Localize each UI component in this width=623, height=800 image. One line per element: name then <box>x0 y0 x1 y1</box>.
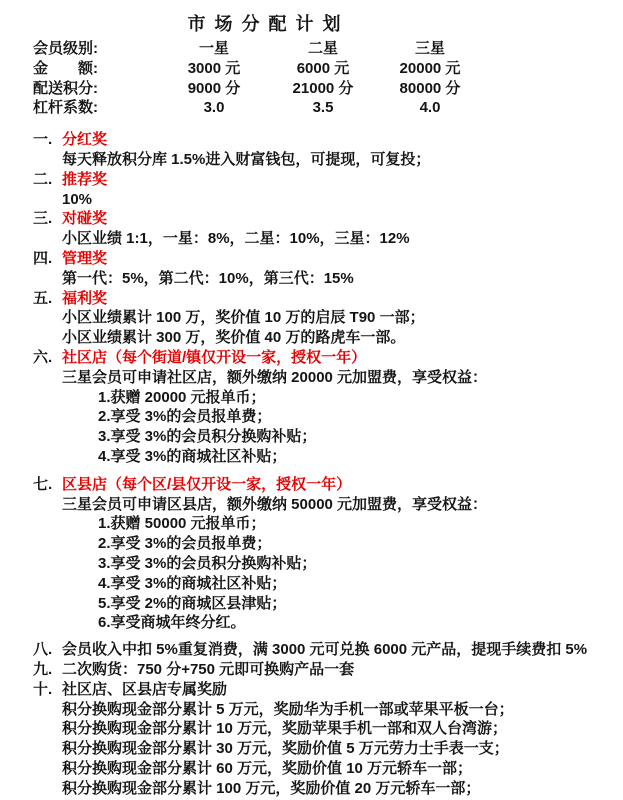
table-row: 配送积分: 9000 分 21000 分 80000 分 <box>33 79 497 99</box>
section-second-purchase: 九. 二次购货：750 分+750 元即可换购产品一套 <box>33 660 497 680</box>
section-line: 小区业绩 1:1，一星：8%，二星：10%，三星：12% <box>62 229 497 249</box>
section-line: 积分换购现金部分累计 100 万元，奖励价值 20 万元轿车一部； <box>62 779 497 799</box>
page-title: 市 场 分 配 计 划 <box>33 0 497 37</box>
document-content: 市 场 分 配 计 划 会员级别: 一星 二星 三星 金 额: 3000 元 6… <box>33 0 497 798</box>
section-subitem: 4.享受 3%的商城社区补贴； <box>98 574 497 594</box>
section-matching: 三. 对碰奖 小区业绩 1:1，一星：8%，二星：10%，三星：12% <box>33 209 497 249</box>
section-heading: 区县店（每个区/县仅开设一家，授权一年） <box>62 475 497 495</box>
section-number: 九. <box>33 660 62 680</box>
section-repeat-consumption: 八. 会员收入中扣 5%重复消费，满 3000 元可兑换 6000 元产品，提现… <box>33 640 497 660</box>
section-community-store: 六. 社区店（每个街道/镇仅开设一家，授权一年） 三星会员可申请社区店，额外缴纳… <box>33 348 497 467</box>
section-line: 二次购货：750 分+750 元即可换购产品一套 <box>62 660 497 680</box>
section-number: 三. <box>33 209 62 249</box>
section-line: 第一代：5%，第二代：10%，第三代：15% <box>62 269 497 289</box>
section-heading: 对碰奖 <box>62 209 497 229</box>
table-cell: 一星 <box>145 39 283 59</box>
section-subitem: 5.享受 2%的商城区县津贴； <box>98 594 497 614</box>
section-line: 小区业绩累计 100 万，奖价值 10 万的启辰 T90 一部； <box>62 308 497 328</box>
table-cell: 20000 元 <box>363 59 497 79</box>
section-subitem: 3.享受 3%的会员积分换购补贴； <box>98 554 497 574</box>
section-referral: 二. 推荐奖 10% <box>33 170 497 210</box>
row-label: 配送积分: <box>33 79 145 99</box>
table-cell: 3000 元 <box>145 59 283 79</box>
section-line: 积分换购现金部分累计 5 万元，奖励华为手机一部或苹果平板一台； <box>62 700 497 720</box>
table-cell: 4.0 <box>363 98 497 118</box>
table-row: 金 额: 3000 元 6000 元 20000 元 <box>33 59 497 79</box>
section-subitem: 2.享受 3%的会员报单费； <box>98 534 497 554</box>
section-line: 三星会员可申请区县店，额外缴纳 50000 元加盟费，享受权益： <box>62 495 497 515</box>
table-cell: 6000 元 <box>283 59 363 79</box>
row-label: 杠杆系数: <box>33 98 145 118</box>
section-number: 十. <box>33 680 62 799</box>
section-heading: 管理奖 <box>62 249 497 269</box>
section-line: 积分换购现金部分累计 10 万元，奖励苹果手机一部和双人台湾游； <box>62 719 497 739</box>
section-line: 社区店、区县店专属奖励 <box>62 680 497 700</box>
section-subitem: 3.享受 3%的会员积分换购补贴； <box>98 427 497 447</box>
section-subitem: 2.享受 3%的会员报单费； <box>98 407 497 427</box>
section-number: 六. <box>33 348 62 467</box>
section-subitem: 1.获赠 50000 元报单币； <box>98 514 497 534</box>
table-cell: 21000 分 <box>283 79 363 99</box>
section-list: 一. 分红奖 每天释放积分库 1.5%进入财富钱包，可提现，可复投； 二. 推荐… <box>33 130 497 798</box>
membership-table: 会员级别: 一星 二星 三星 金 额: 3000 元 6000 元 20000 … <box>33 39 497 118</box>
section-heading: 社区店（每个街道/镇仅开设一家，授权一年） <box>62 348 497 368</box>
section-line: 积分换购现金部分累计 30 万元，奖励价值 5 万元劳力士手表一支； <box>62 739 497 759</box>
document-page: 市 场 分 配 计 划 会员级别: 一星 二星 三星 金 额: 3000 元 6… <box>0 0 623 800</box>
row-label: 会员级别: <box>33 39 145 59</box>
section-number: 二. <box>33 170 62 210</box>
table-row: 杠杆系数: 3.0 3.5 4.0 <box>33 98 497 118</box>
section-subitem: 4.享受 3%的商城社区补贴； <box>98 447 497 467</box>
table-cell: 3.0 <box>145 98 283 118</box>
section-county-store: 七. 区县店（每个区/县仅开设一家，授权一年） 三星会员可申请区县店，额外缴纳 … <box>33 475 497 633</box>
section-number: 一. <box>33 130 62 170</box>
section-number: 四. <box>33 249 62 289</box>
section-line: 每天释放积分库 1.5%进入财富钱包，可提现，可复投； <box>62 150 497 170</box>
section-line: 小区业绩累计 300 万，奖价值 40 万的路虎车一部。 <box>62 328 497 348</box>
section-subitem: 1.获赠 20000 元报单币； <box>98 388 497 408</box>
section-line: 10% <box>62 190 497 210</box>
section-welfare: 五. 福利奖 小区业绩累计 100 万，奖价值 10 万的启辰 T90 一部； … <box>33 289 497 348</box>
table-cell: 80000 分 <box>363 79 497 99</box>
section-heading: 分红奖 <box>62 130 497 150</box>
table-row: 会员级别: 一星 二星 三星 <box>33 39 497 59</box>
section-store-rewards: 十. 社区店、区县店专属奖励 积分换购现金部分累计 5 万元，奖励华为手机一部或… <box>33 680 497 799</box>
section-dividend: 一. 分红奖 每天释放积分库 1.5%进入财富钱包，可提现，可复投； <box>33 130 497 170</box>
section-number: 五. <box>33 289 62 348</box>
table-cell: 9000 分 <box>145 79 283 99</box>
section-heading: 推荐奖 <box>62 170 497 190</box>
section-management: 四. 管理奖 第一代：5%，第二代：10%，第三代：15% <box>33 249 497 289</box>
section-number: 八. <box>33 640 62 660</box>
table-cell: 二星 <box>283 39 363 59</box>
section-line: 会员收入中扣 5%重复消费，满 3000 元可兑换 6000 元产品，提现手续费… <box>62 640 497 660</box>
section-line: 三星会员可申请社区店，额外缴纳 20000 元加盟费，享受权益： <box>62 368 497 388</box>
section-line: 积分换购现金部分累计 60 万元，奖励价值 10 万元轿车一部； <box>62 759 497 779</box>
section-number: 七. <box>33 475 62 633</box>
table-cell: 3.5 <box>283 98 363 118</box>
section-heading: 福利奖 <box>62 289 497 309</box>
row-label: 金 额: <box>33 59 145 79</box>
section-subitem: 6.享受商城年终分红。 <box>98 613 497 633</box>
table-cell: 三星 <box>363 39 497 59</box>
